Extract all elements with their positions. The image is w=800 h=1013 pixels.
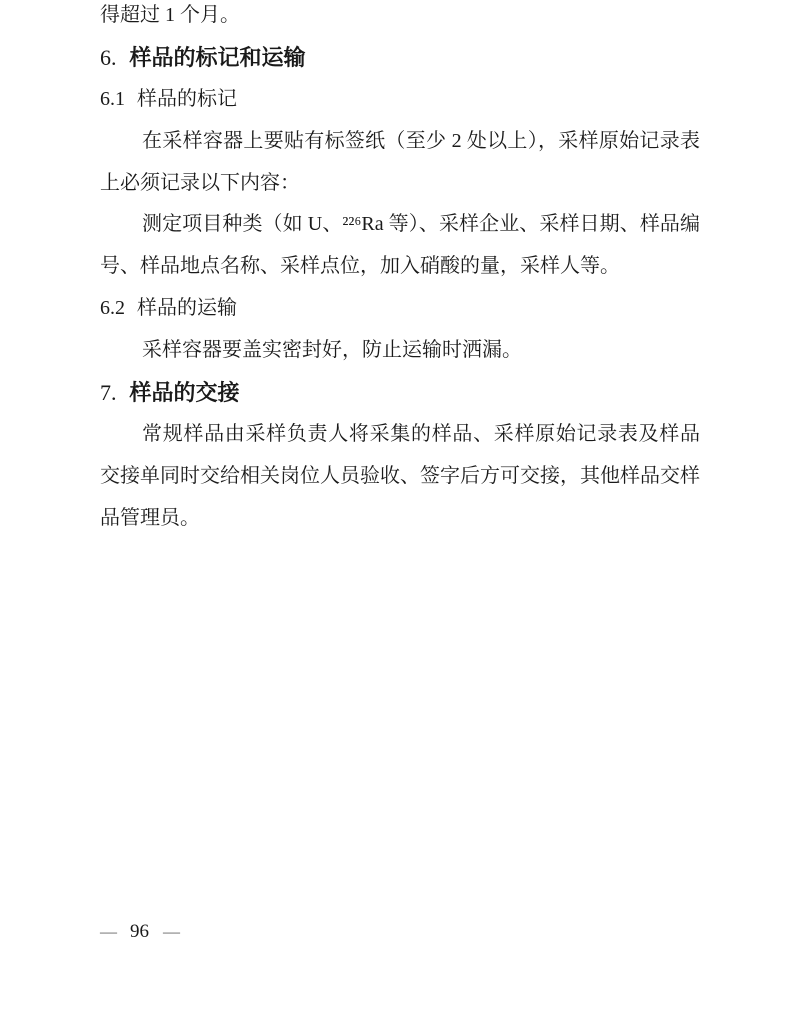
document-page: 得超过 1 个月。 6.样品的标记和运输 6.1样品的标记 在采样容器上要贴有标…: [0, 0, 800, 1013]
section-title: 样品的交接: [130, 380, 240, 405]
page-footer: — 96 —: [100, 920, 179, 944]
subsection-title: 样品的标记: [137, 88, 237, 110]
paragraph-line: 采样容器要盖实密封好，防止运输时洒漏。: [100, 330, 700, 372]
paragraph-line: 常规样品由采样负责人将采集的样品、采样原始记录表及样品: [100, 414, 700, 456]
section-number: 7.: [100, 380, 117, 405]
paragraph-line: 交接单同时交给相关岗位人员验收、签字后方可交接，其他样品交样: [100, 456, 700, 498]
subsection-heading-6-1: 6.1样品的标记: [100, 79, 700, 121]
subsection-title: 样品的运输: [137, 297, 237, 319]
paragraph-line: 品管理员。: [100, 498, 700, 540]
section-heading-7: 7.样品的交接: [100, 372, 700, 414]
paragraph-line: 测定项目种类（如 U、²²⁶Ra 等）、采样企业、采样日期、样品编: [100, 204, 700, 246]
paragraph-line: 得超过 1 个月。: [100, 0, 700, 37]
section-heading-6: 6.样品的标记和运输: [100, 37, 700, 79]
subsection-number: 6.1: [100, 88, 125, 110]
section-title: 样品的标记和运输: [130, 45, 306, 70]
footer-left-dash: —: [100, 920, 116, 944]
paragraph-line: 在采样容器上要贴有标签纸（至少 2 处以上），采样原始记录表: [100, 121, 700, 163]
section-number: 6.: [100, 45, 117, 70]
text-block: 得超过 1 个月。 6.样品的标记和运输 6.1样品的标记 在采样容器上要贴有标…: [100, 0, 700, 540]
subsection-number: 6.2: [100, 297, 125, 319]
paragraph-line: 号、样品地点名称、采样点位，加入硝酸的量，采样人等。: [100, 246, 700, 288]
subsection-heading-6-2: 6.2样品的运输: [100, 288, 700, 330]
page-number: 96: [130, 920, 149, 944]
footer-right-dash: —: [163, 920, 179, 944]
paragraph-line: 上必须记录以下内容：: [100, 163, 700, 205]
